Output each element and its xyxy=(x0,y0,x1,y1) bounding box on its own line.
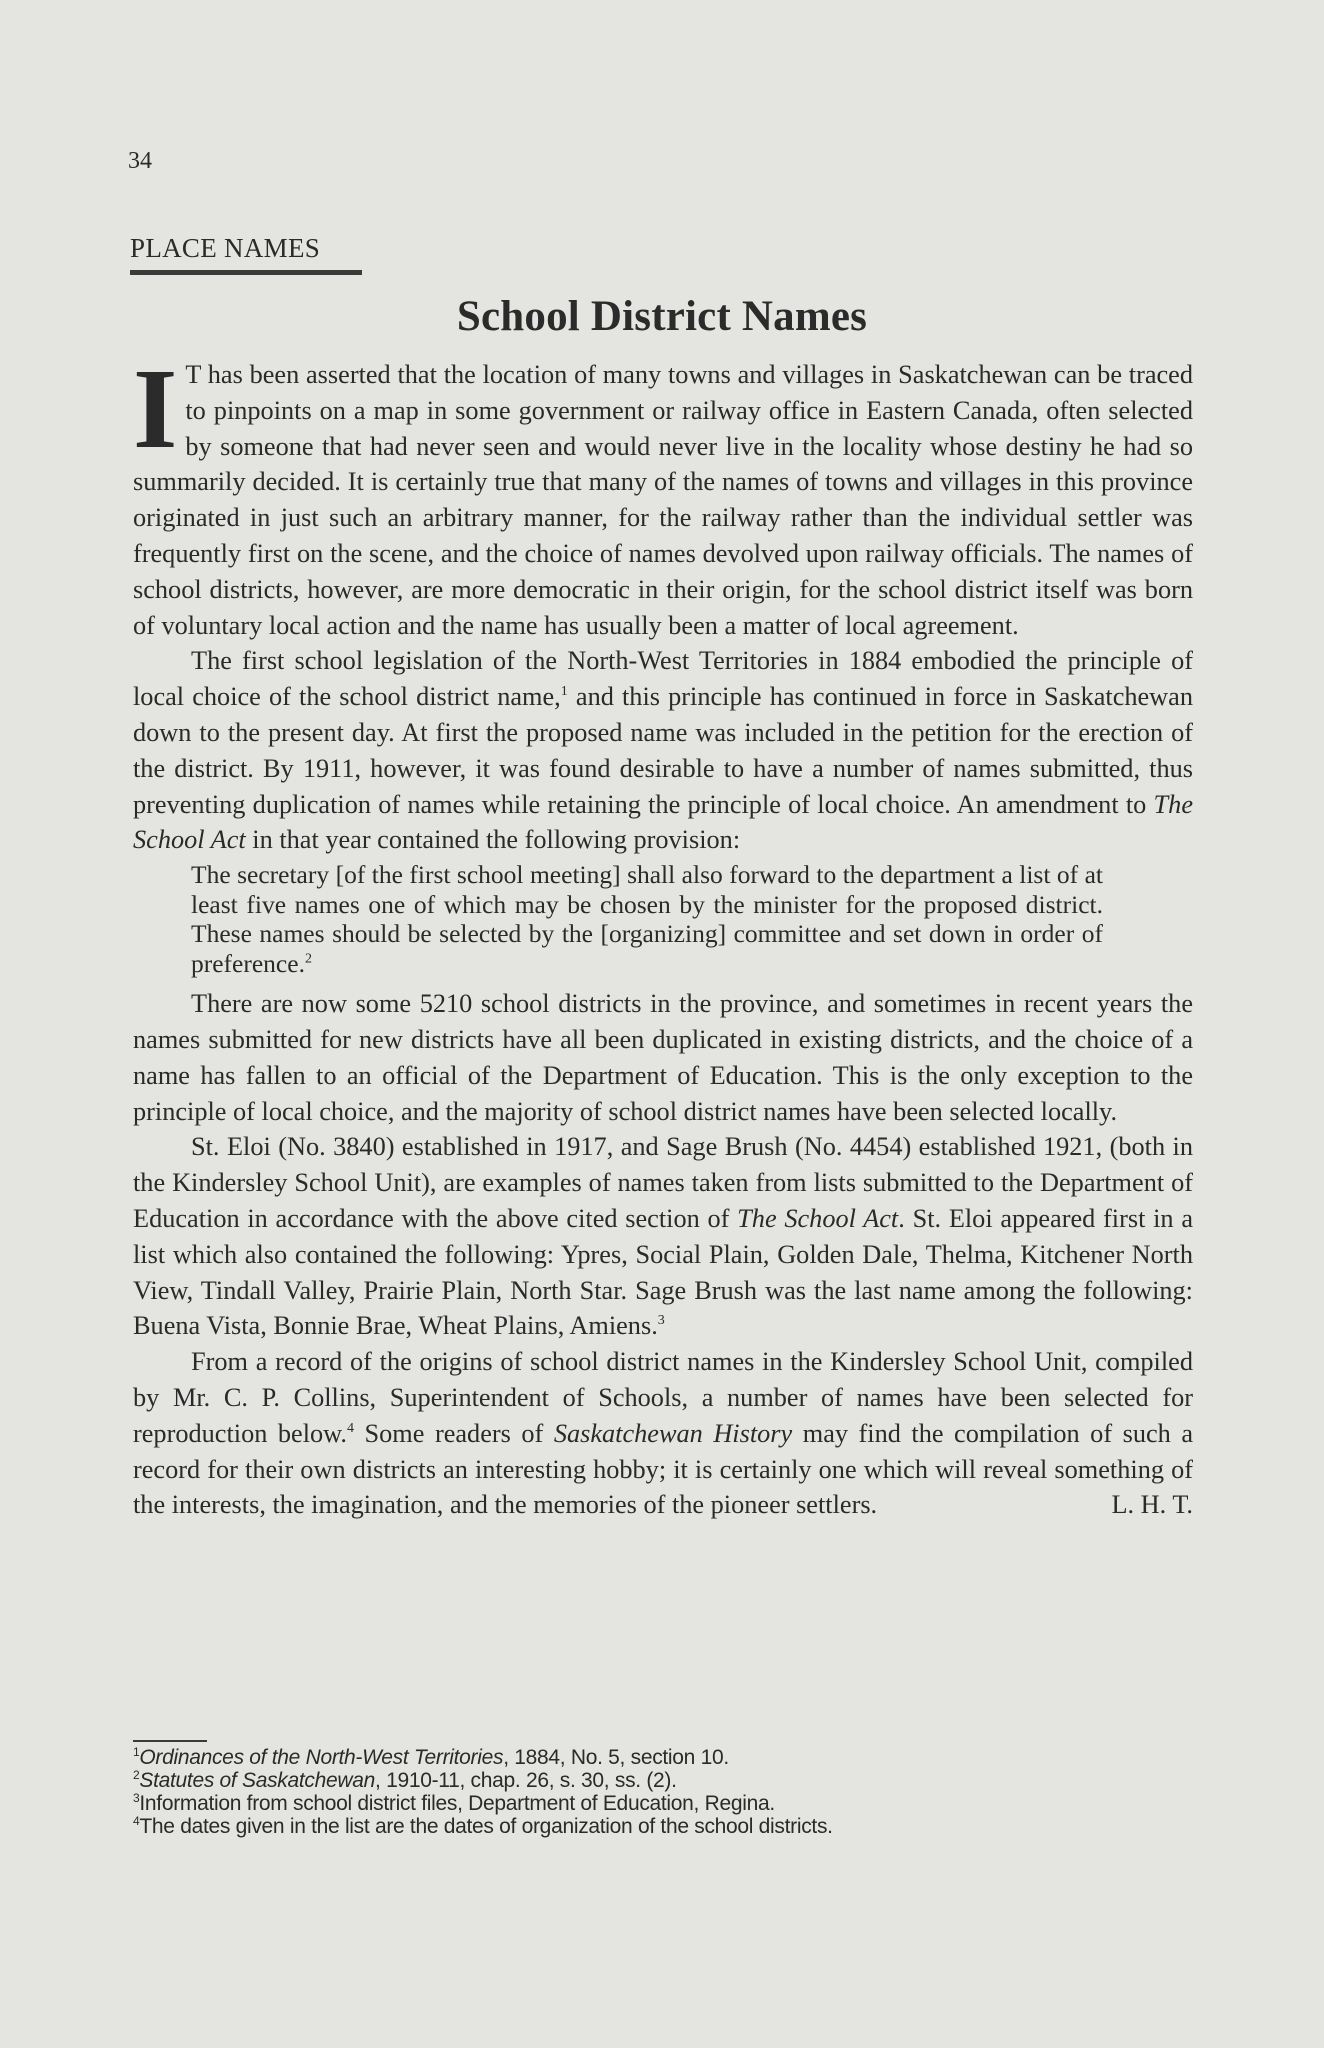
author-initials: L. H. T. xyxy=(1053,1487,1193,1523)
footnote-3: 3Information from school district files,… xyxy=(133,1792,833,1815)
footnote-2: 2Statutes of Saskatchewan, 1910-11, chap… xyxy=(133,1769,833,1792)
footnote-text: Information from school district files, … xyxy=(139,1792,775,1815)
school-act-title: The School Act xyxy=(737,1204,898,1233)
journal-title: Saskatchewan History xyxy=(554,1419,792,1448)
footnotes: 1Ordinances of the North-West Territorie… xyxy=(133,1746,833,1838)
paragraph-1: IT has been asserted that the location o… xyxy=(133,357,1193,643)
footnote-1: 1Ordinances of the North-West Territorie… xyxy=(133,1746,833,1769)
first-word-rest: T xyxy=(185,360,201,389)
footnote-ref-3[interactable]: 3 xyxy=(658,1314,665,1329)
paragraph-3: There are now some 5210 school districts… xyxy=(133,986,1193,1129)
footnote-rule xyxy=(133,1740,207,1742)
footnote-4: 4The dates given in the list are the dat… xyxy=(133,1815,833,1838)
footnote-text: , 1910-11, chap. 26, s. 30, ss. (2). xyxy=(375,1769,677,1792)
article-title: School District Names xyxy=(0,292,1324,341)
paragraph-4: St. Eloi (No. 3840) established in 1917,… xyxy=(133,1129,1193,1344)
footnote-ref-1[interactable]: 1 xyxy=(561,684,568,699)
paragraph-5-text-b: Some readers of xyxy=(354,1419,554,1448)
paragraph-2: The first school legislation of the Nort… xyxy=(133,643,1193,858)
block-quote: The secretary [of the first school meeti… xyxy=(133,858,1193,986)
article-body: IT has been asserted that the location o… xyxy=(133,357,1193,1523)
footnote-ref-4[interactable]: 4 xyxy=(347,1421,354,1436)
section-rule xyxy=(130,270,362,275)
footnote-source: Statutes of Saskatchewan xyxy=(139,1769,375,1792)
paragraph-3-text: There are now some 5210 school districts… xyxy=(133,989,1193,1125)
paragraph-1-text: has been asserted that the location of m… xyxy=(133,360,1193,640)
footnote-text: , 1884, No. 5, section 10. xyxy=(503,1746,729,1769)
drop-cap: I xyxy=(133,361,177,461)
section-label: PLACE NAMES xyxy=(130,233,320,264)
paragraph-5: From a record of the origins of school d… xyxy=(133,1344,1193,1523)
footnote-ref-2[interactable]: 2 xyxy=(305,951,312,966)
footnote-source: Ordinances of the North-West Territories xyxy=(139,1746,503,1769)
paragraph-2-text-c: in that year contained the following pro… xyxy=(246,825,740,854)
quote-text: The secretary [of the first school meeti… xyxy=(191,860,1103,978)
page-number: 34 xyxy=(128,148,152,175)
footnote-text: The dates given in the list are the date… xyxy=(139,1815,832,1838)
